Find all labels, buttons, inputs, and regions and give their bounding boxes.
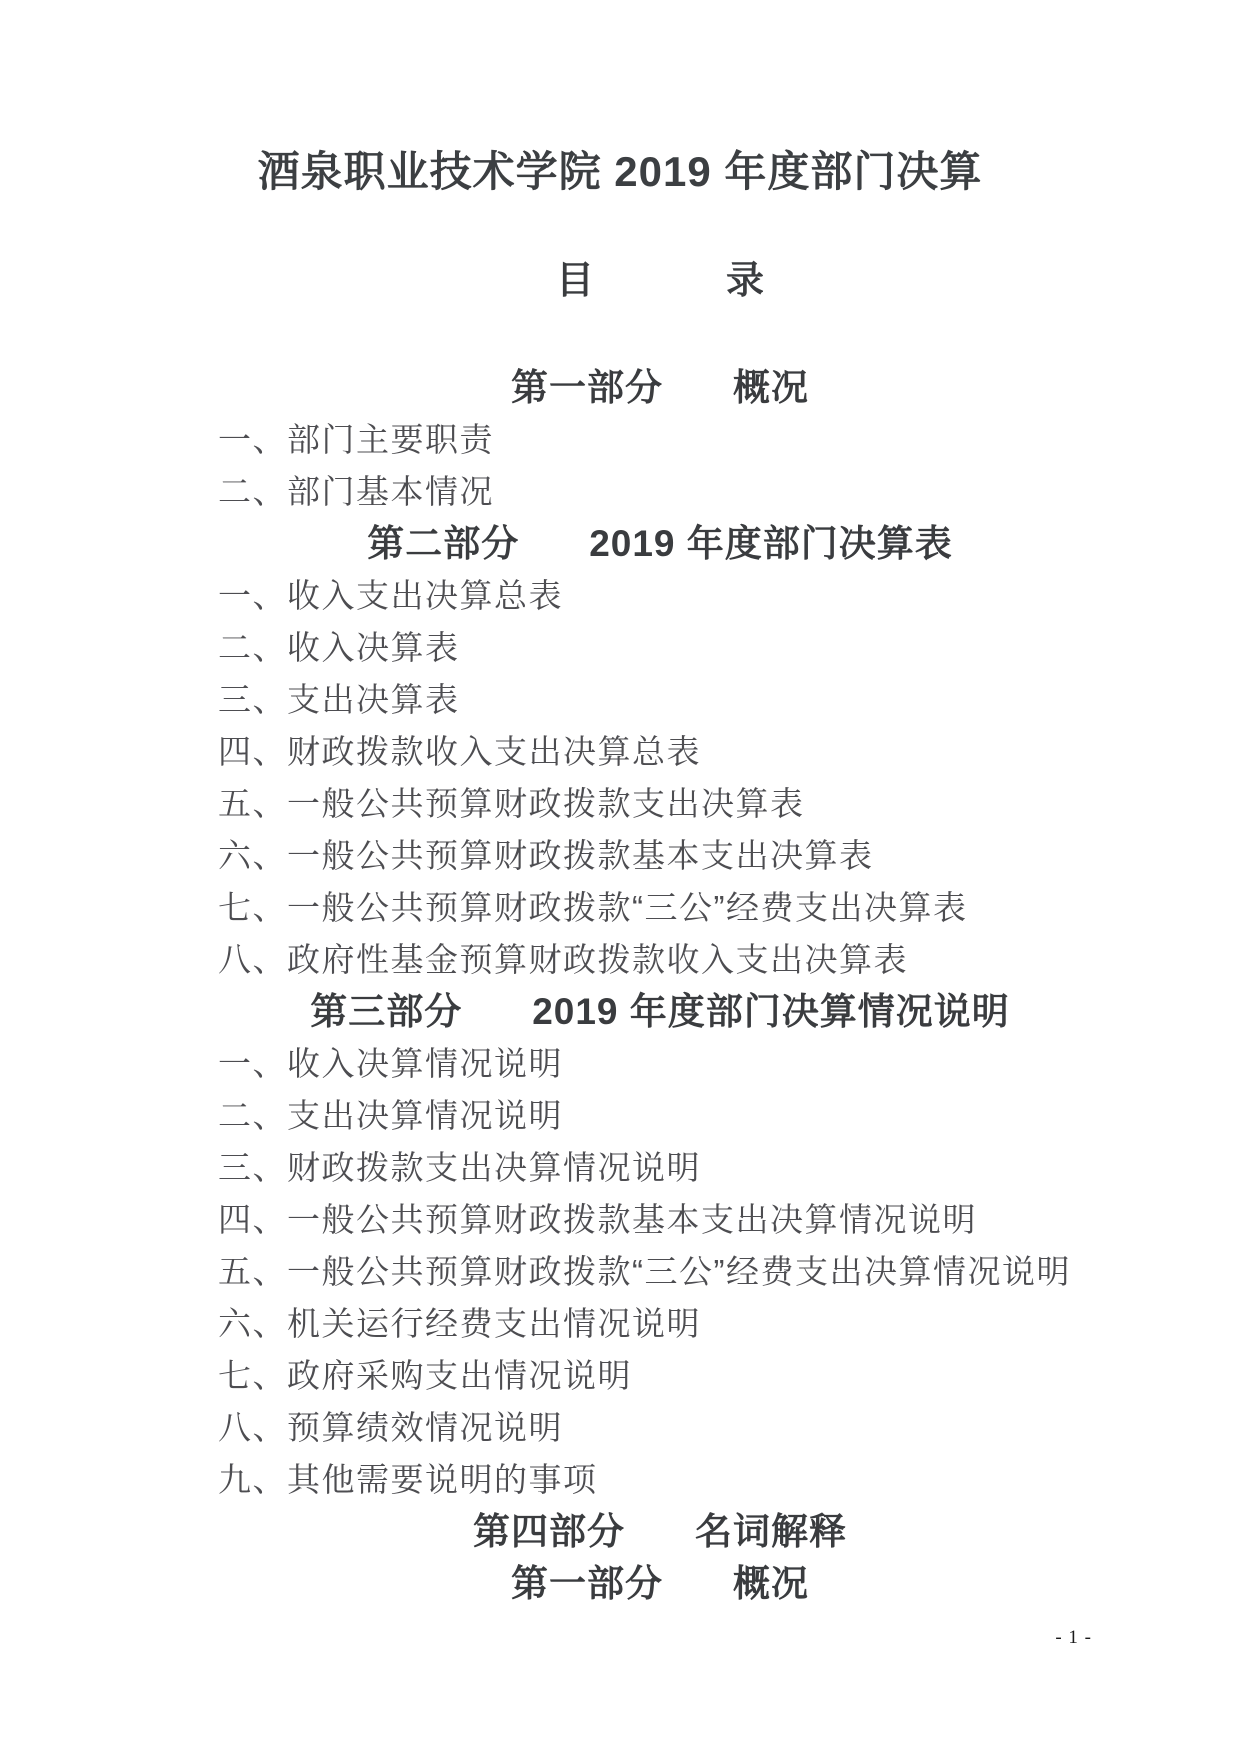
toc-part-heading: 第三部分2019 年度部门决算情况说明 xyxy=(40,986,1240,1038)
contents-heading-right: 录 xyxy=(726,260,764,302)
toc-item: 二、收入决算表 xyxy=(218,622,460,674)
toc-part-heading: 第四部分名词解释 xyxy=(40,1506,1240,1558)
toc-part-title: 2019 年度部门决算表 xyxy=(589,523,953,564)
toc-item: 八、预算绩效情况说明 xyxy=(218,1402,563,1454)
toc-item: 三、支出决算表 xyxy=(218,674,460,726)
toc-item: 二、部门基本情况 xyxy=(218,466,494,518)
toc-part-heading: 第一部分概况 xyxy=(40,1558,1240,1610)
toc-item: 六、机关运行经费支出情况说明 xyxy=(218,1298,701,1350)
toc-item: 六、一般公共预算财政拨款基本支出决算表 xyxy=(218,830,874,882)
toc-item: 三、财政拨款支出决算情况说明 xyxy=(218,1142,701,1194)
toc-item: 一、收入决算情况说明 xyxy=(218,1038,563,1090)
toc-item: 五、一般公共预算财政拨款“三公”经费支出决算情况说明 xyxy=(218,1246,1071,1298)
toc-item: 七、一般公共预算财政拨款“三公”经费支出决算表 xyxy=(218,882,967,934)
toc-item: 四、一般公共预算财政拨款基本支出决算情况说明 xyxy=(218,1194,977,1246)
toc-part-label: 第二部分 xyxy=(367,523,519,564)
toc-item: 四、财政拨款收入支出决算总表 xyxy=(218,726,701,778)
toc-part-label: 第四部分 xyxy=(473,1511,625,1552)
toc-item: 一、部门主要职责 xyxy=(218,414,494,466)
toc-part-heading: 第一部分概况 xyxy=(40,362,1240,414)
toc-part-title: 2019 年度部门决算情况说明 xyxy=(532,991,1010,1032)
toc-part-title: 名词解释 xyxy=(695,1511,847,1552)
toc-item: 七、政府采购支出情况说明 xyxy=(218,1350,632,1402)
toc-item: 五、一般公共预算财政拨款支出决算表 xyxy=(218,778,805,830)
toc-part-label: 第一部分 xyxy=(511,367,663,408)
contents-heading: 目录 xyxy=(40,255,1240,307)
toc-part-title: 概况 xyxy=(733,367,809,408)
toc-part-title: 概况 xyxy=(733,1563,809,1604)
toc-part-label: 第三部分 xyxy=(310,991,462,1032)
toc-part-heading: 第二部分2019 年度部门决算表 xyxy=(40,518,1240,570)
toc-item: 一、收入支出决算总表 xyxy=(218,570,563,622)
document-page: 酒泉职业技术学院 2019 年度部门决算 目录 第一部分概况一、部门主要职责二、… xyxy=(0,0,1240,1754)
page-number: - 1 - xyxy=(1055,1627,1092,1649)
toc-item: 二、支出决算情况说明 xyxy=(218,1090,563,1142)
contents-heading-left: 目 xyxy=(556,260,594,302)
toc-part-label: 第一部分 xyxy=(511,1563,663,1604)
toc-item: 九、其他需要说明的事项 xyxy=(218,1454,598,1506)
toc-item: 八、政府性基金预算财政拨款收入支出决算表 xyxy=(218,934,908,986)
document-title: 酒泉职业技术学院 2019 年度部门决算 xyxy=(0,142,1240,202)
